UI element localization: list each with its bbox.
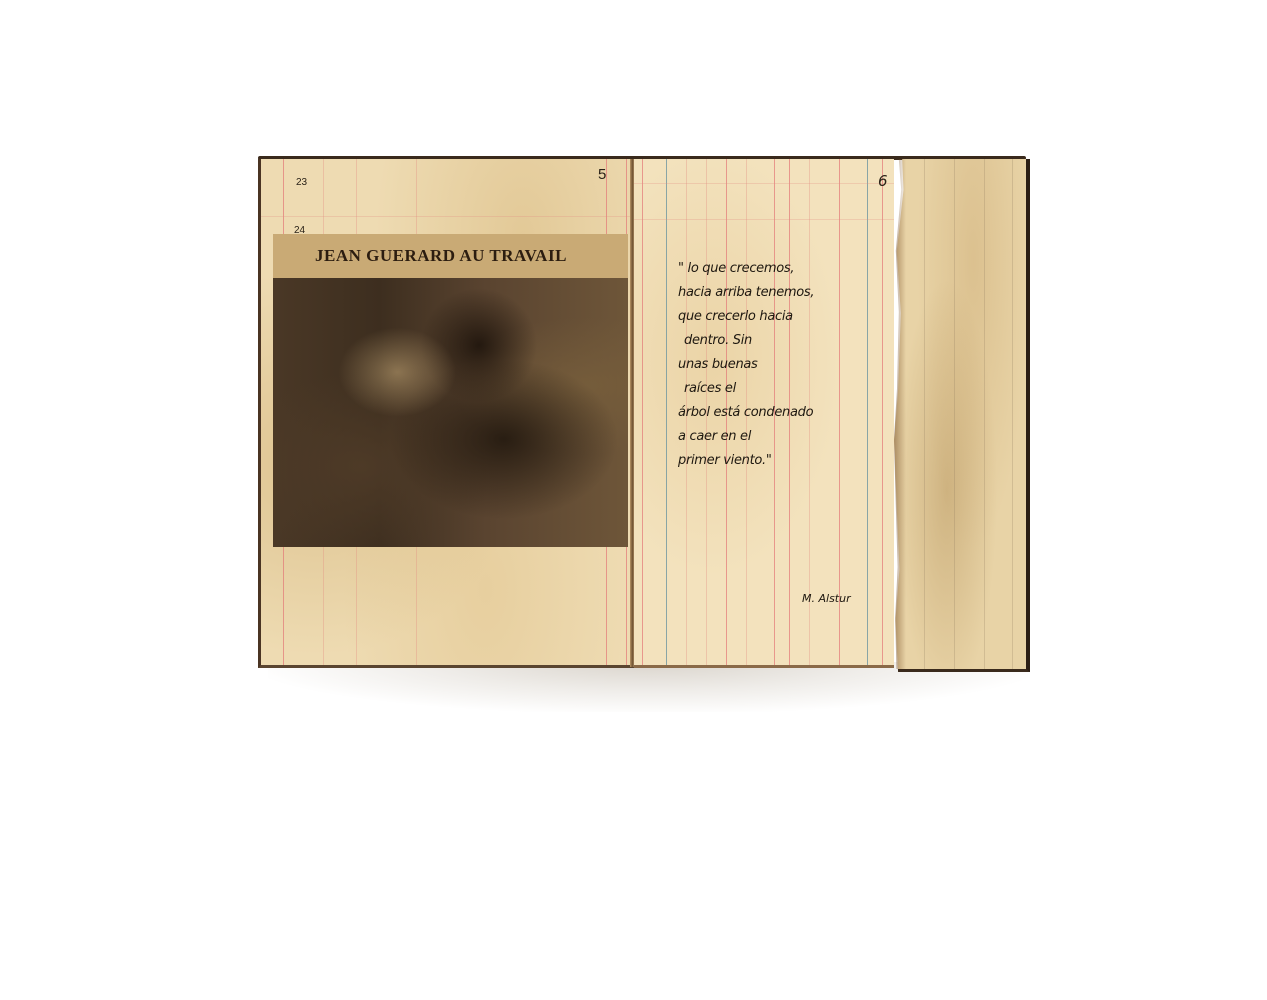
ruled-line — [642, 159, 643, 665]
quote-line: " lo que crecemos, — [678, 257, 878, 281]
faint-line — [984, 159, 985, 669]
torn-paper-flap — [894, 159, 1030, 672]
open-notebook: 23 24 5 JEAN GUERARD AU TRAVAIL 6 " lo q… — [258, 156, 1026, 672]
line-number-23: 23 — [296, 177, 307, 188]
ruled-line — [634, 219, 894, 220]
faint-line — [924, 159, 925, 669]
handwritten-quote: " lo que crecemos, hacia arriba tenemos,… — [678, 257, 878, 473]
newspaper-clipping: JEAN GUERARD AU TRAVAIL — [273, 234, 628, 547]
left-page: 23 24 5 JEAN GUERARD AU TRAVAIL — [258, 159, 635, 668]
faint-line — [1012, 159, 1013, 669]
quote-line: hacia arriba tenemos, — [678, 281, 878, 305]
torn-edge-shadow — [894, 159, 906, 669]
quote-line: que crecerlo hacia — [678, 305, 878, 329]
quote-line: a caer en el — [678, 425, 878, 449]
ruled-line — [882, 159, 883, 665]
faint-line — [954, 159, 955, 669]
quote-line: primer viento." — [678, 449, 878, 473]
clipping-photo — [273, 278, 628, 547]
blue-margin-line — [666, 159, 667, 665]
right-page: 6 " lo que crecemos, hacia arriba tenemo… — [634, 159, 894, 668]
quote-line: árbol está condenado — [678, 401, 878, 425]
ruled-line — [261, 216, 635, 217]
clipping-headline: JEAN GUERARD AU TRAVAIL — [273, 234, 628, 278]
page-number: 5 — [598, 166, 606, 183]
quote-line: dentro. Sin — [678, 329, 878, 353]
quote-line: unas buenas — [678, 353, 878, 377]
quote-line: raíces el — [678, 377, 878, 401]
page-number: 6 — [878, 172, 888, 190]
signature: M. Alstur — [802, 592, 851, 605]
ruled-line — [634, 183, 894, 184]
